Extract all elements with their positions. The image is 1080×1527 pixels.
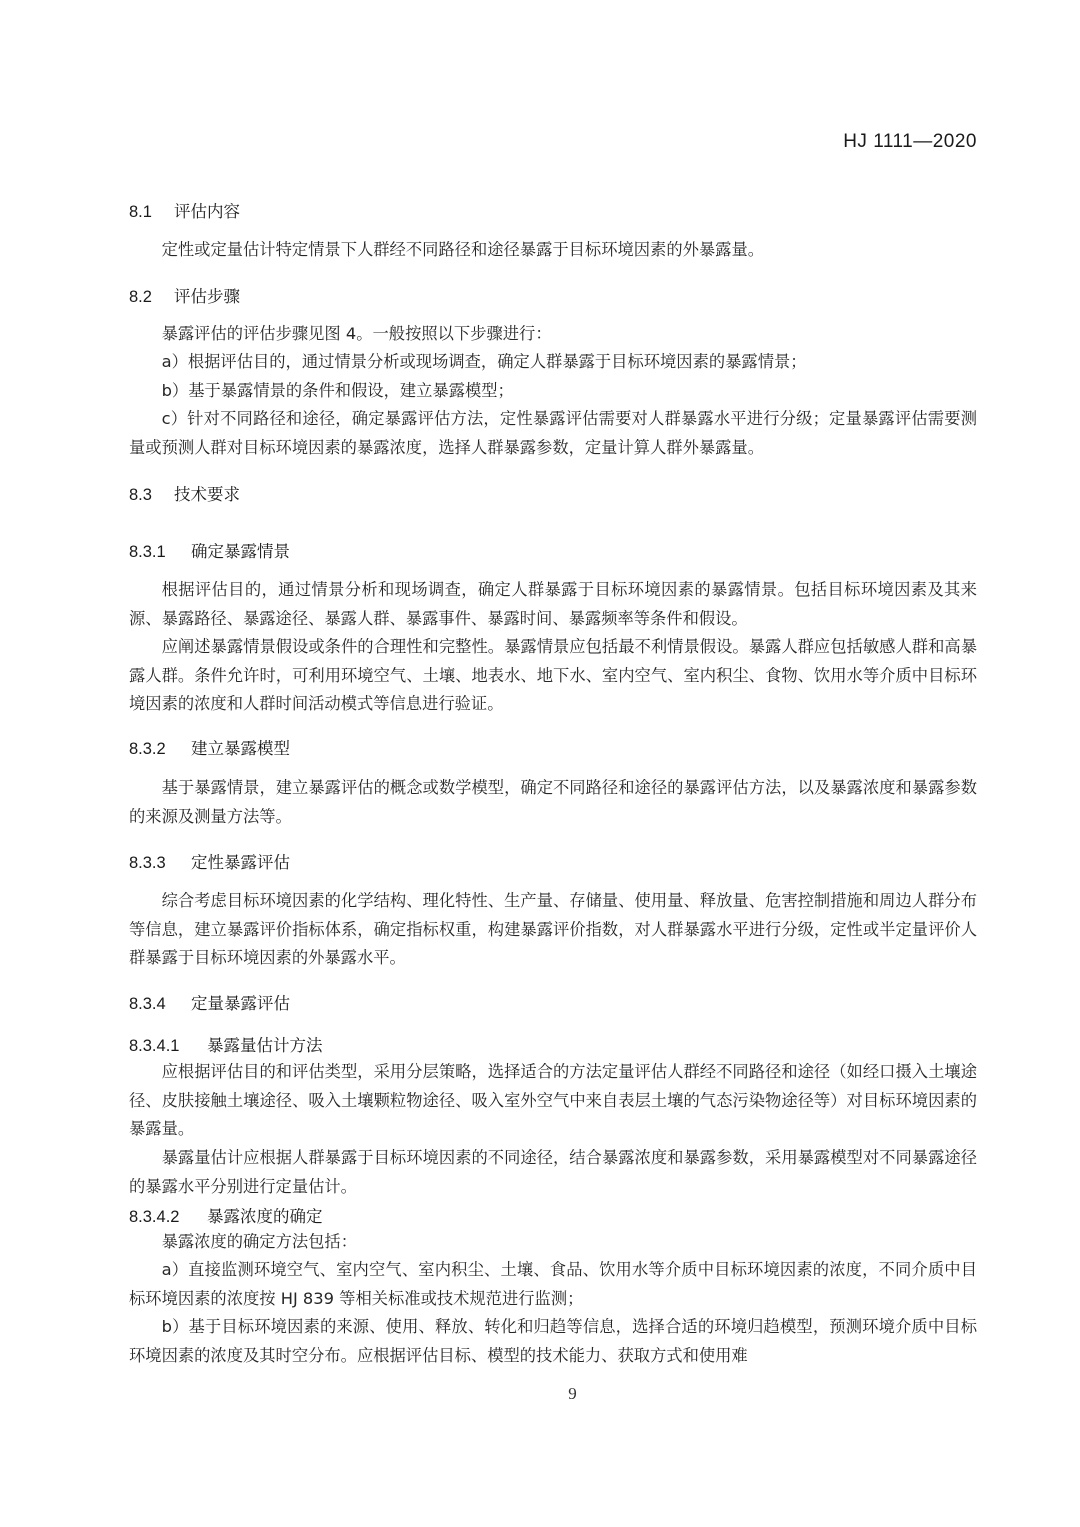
list-item-8-2-b: b）基于暴露情景的条件和假设，建立暴露模型； [129, 377, 977, 406]
standard-code: HJ 1111—2020 [843, 131, 977, 153]
heading-8-3-4: 8.3.4定量暴露评估 [129, 990, 290, 1014]
heading-8-3-1: 8.3.1确定暴露情景 [129, 538, 290, 562]
section-title: 评估步骤 [174, 283, 240, 307]
heading-8-1: 8.1评估内容 [129, 198, 240, 222]
document-page: HJ 1111—2020 8.1评估内容 定性或定量估计特定情景下人群经不同路径… [0, 0, 1080, 1527]
page-number: 9 [0, 1384, 1080, 1404]
section-title: 评估内容 [174, 198, 240, 222]
section-number: 8.1 [129, 203, 174, 222]
heading-8-2: 8.2评估步骤 [129, 283, 240, 307]
paragraph-8-3-4-1-1: 应根据评估目的和评估类型，采用分层策略，选择适合的方法定量评估人群经不同路径和途… [129, 1058, 977, 1144]
heading-8-3-3: 8.3.3定性暴露评估 [129, 849, 290, 873]
paragraph-8-3-3: 综合考虑目标环境因素的化学结构、理化特性、生产量、存储量、使用量、释放量、危害控… [129, 887, 977, 973]
heading-8-3: 8.3技术要求 [129, 481, 240, 505]
section-number: 8.3.1 [129, 543, 191, 562]
section-number: 8.3.3 [129, 854, 191, 873]
section-title: 暴露量估计方法 [207, 1032, 323, 1056]
paragraph-8-1: 定性或定量估计特定情景下人群经不同路径和途径暴露于目标环境因素的外暴露量。 [129, 236, 977, 265]
list-item-8-2-a: a）根据评估目的，通过情景分析或现场调查，确定人群暴露于目标环境因素的暴露情景； [129, 348, 977, 377]
section-title: 暴露浓度的确定 [207, 1203, 323, 1227]
section-title: 技术要求 [174, 481, 240, 505]
section-title: 定性暴露评估 [191, 849, 290, 873]
paragraph-8-3-4-1-2: 暴露量估计应根据人群暴露于目标环境因素的不同途径，结合暴露浓度和暴露参数，采用暴… [129, 1144, 977, 1201]
list-item-8-3-4-2-a: a）直接监测环境空气、室内空气、室内积尘、土壤、食品、饮用水等介质中目标环境因素… [129, 1256, 977, 1313]
section-number: 8.3 [129, 486, 174, 505]
paragraph-8-3-1-1: 根据评估目的，通过情景分析和现场调查，确定人群暴露于目标环境因素的暴露情景。包括… [129, 576, 977, 633]
paragraph-8-3-2: 基于暴露情景，建立暴露评估的概念或数学模型，确定不同路径和途径的暴露评估方法，以… [129, 774, 977, 831]
heading-8-3-4-1: 8.3.4.1暴露量估计方法 [129, 1032, 323, 1056]
section-title: 定量暴露评估 [191, 990, 290, 1014]
section-number: 8.3.2 [129, 740, 191, 759]
paragraph-8-3-4-2-intro: 暴露浓度的确定方法包括： [129, 1228, 977, 1257]
section-number: 8.3.4.2 [129, 1208, 207, 1227]
paragraph-8-3-1-2: 应阐述暴露情景假设或条件的合理性和完整性。暴露情景应包括最不利情景假设。暴露人群… [129, 633, 977, 719]
list-item-8-2-c: c）针对不同路径和途径，确定暴露评估方法，定性暴露评估需要对人群暴露水平进行分级… [129, 405, 977, 462]
paragraph-8-2-intro: 暴露评估的评估步骤见图 4。一般按照以下步骤进行： [129, 320, 977, 349]
section-title: 建立暴露模型 [191, 735, 290, 759]
section-title: 确定暴露情景 [191, 538, 290, 562]
section-number: 8.3.4.1 [129, 1037, 207, 1056]
section-number: 8.2 [129, 288, 174, 307]
section-number: 8.3.4 [129, 995, 191, 1014]
heading-8-3-2: 8.3.2建立暴露模型 [129, 735, 290, 759]
list-item-8-3-4-2-b: b）基于目标环境因素的来源、使用、释放、转化和归趋等信息，选择合适的环境归趋模型… [129, 1313, 977, 1370]
heading-8-3-4-2: 8.3.4.2暴露浓度的确定 [129, 1203, 323, 1227]
